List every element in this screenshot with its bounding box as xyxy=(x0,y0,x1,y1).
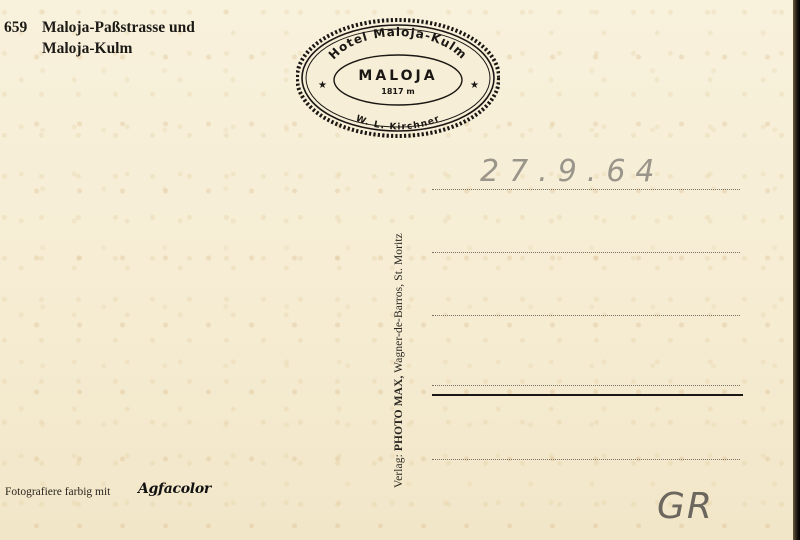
card-caption: 659Maloja-Paßstrasse und Maloja-Kulm xyxy=(4,17,195,59)
publisher-imprint: Verlag: PHOTO MAX, Wagner-de-Barros, St.… xyxy=(393,233,405,488)
stamp-altitude: 1817 m xyxy=(381,87,414,96)
star-icon: ★ xyxy=(318,80,327,91)
photo-credit-text: Fotografiere farbig mit xyxy=(5,486,110,498)
card-number: 659 xyxy=(4,17,42,38)
address-underline xyxy=(432,394,743,396)
scan-border xyxy=(793,0,800,540)
caption-line-1: Maloja-Paßstrasse und xyxy=(42,19,195,36)
publisher-address: Wagner-de-Barros, St. Moritz xyxy=(393,233,405,373)
agfacolor-logo: Agfacolor xyxy=(138,481,211,497)
address-line-2 xyxy=(432,252,740,253)
stamp-place: MALOJA xyxy=(358,68,437,84)
address-line-5 xyxy=(432,459,740,460)
publisher-name: PHOTO MAX, xyxy=(393,376,405,452)
hotel-stamp: Hotel Maloja-Kulm MALOJA 1817 m ★ ★ W. L… xyxy=(296,18,500,138)
address-line-4 xyxy=(432,385,740,386)
address-line-1 xyxy=(432,189,740,190)
postcard-back: 659Maloja-Paßstrasse und Maloja-Kulm Hot… xyxy=(0,0,793,540)
caption-line-2: Maloja-Kulm xyxy=(4,38,195,59)
address-line-3 xyxy=(432,315,740,316)
publisher-prefix: Verlag: xyxy=(393,454,405,488)
handwritten-date: 27.9.64 xyxy=(480,154,665,189)
handwritten-initials: GR xyxy=(657,486,714,527)
star-icon: ★ xyxy=(470,80,479,91)
